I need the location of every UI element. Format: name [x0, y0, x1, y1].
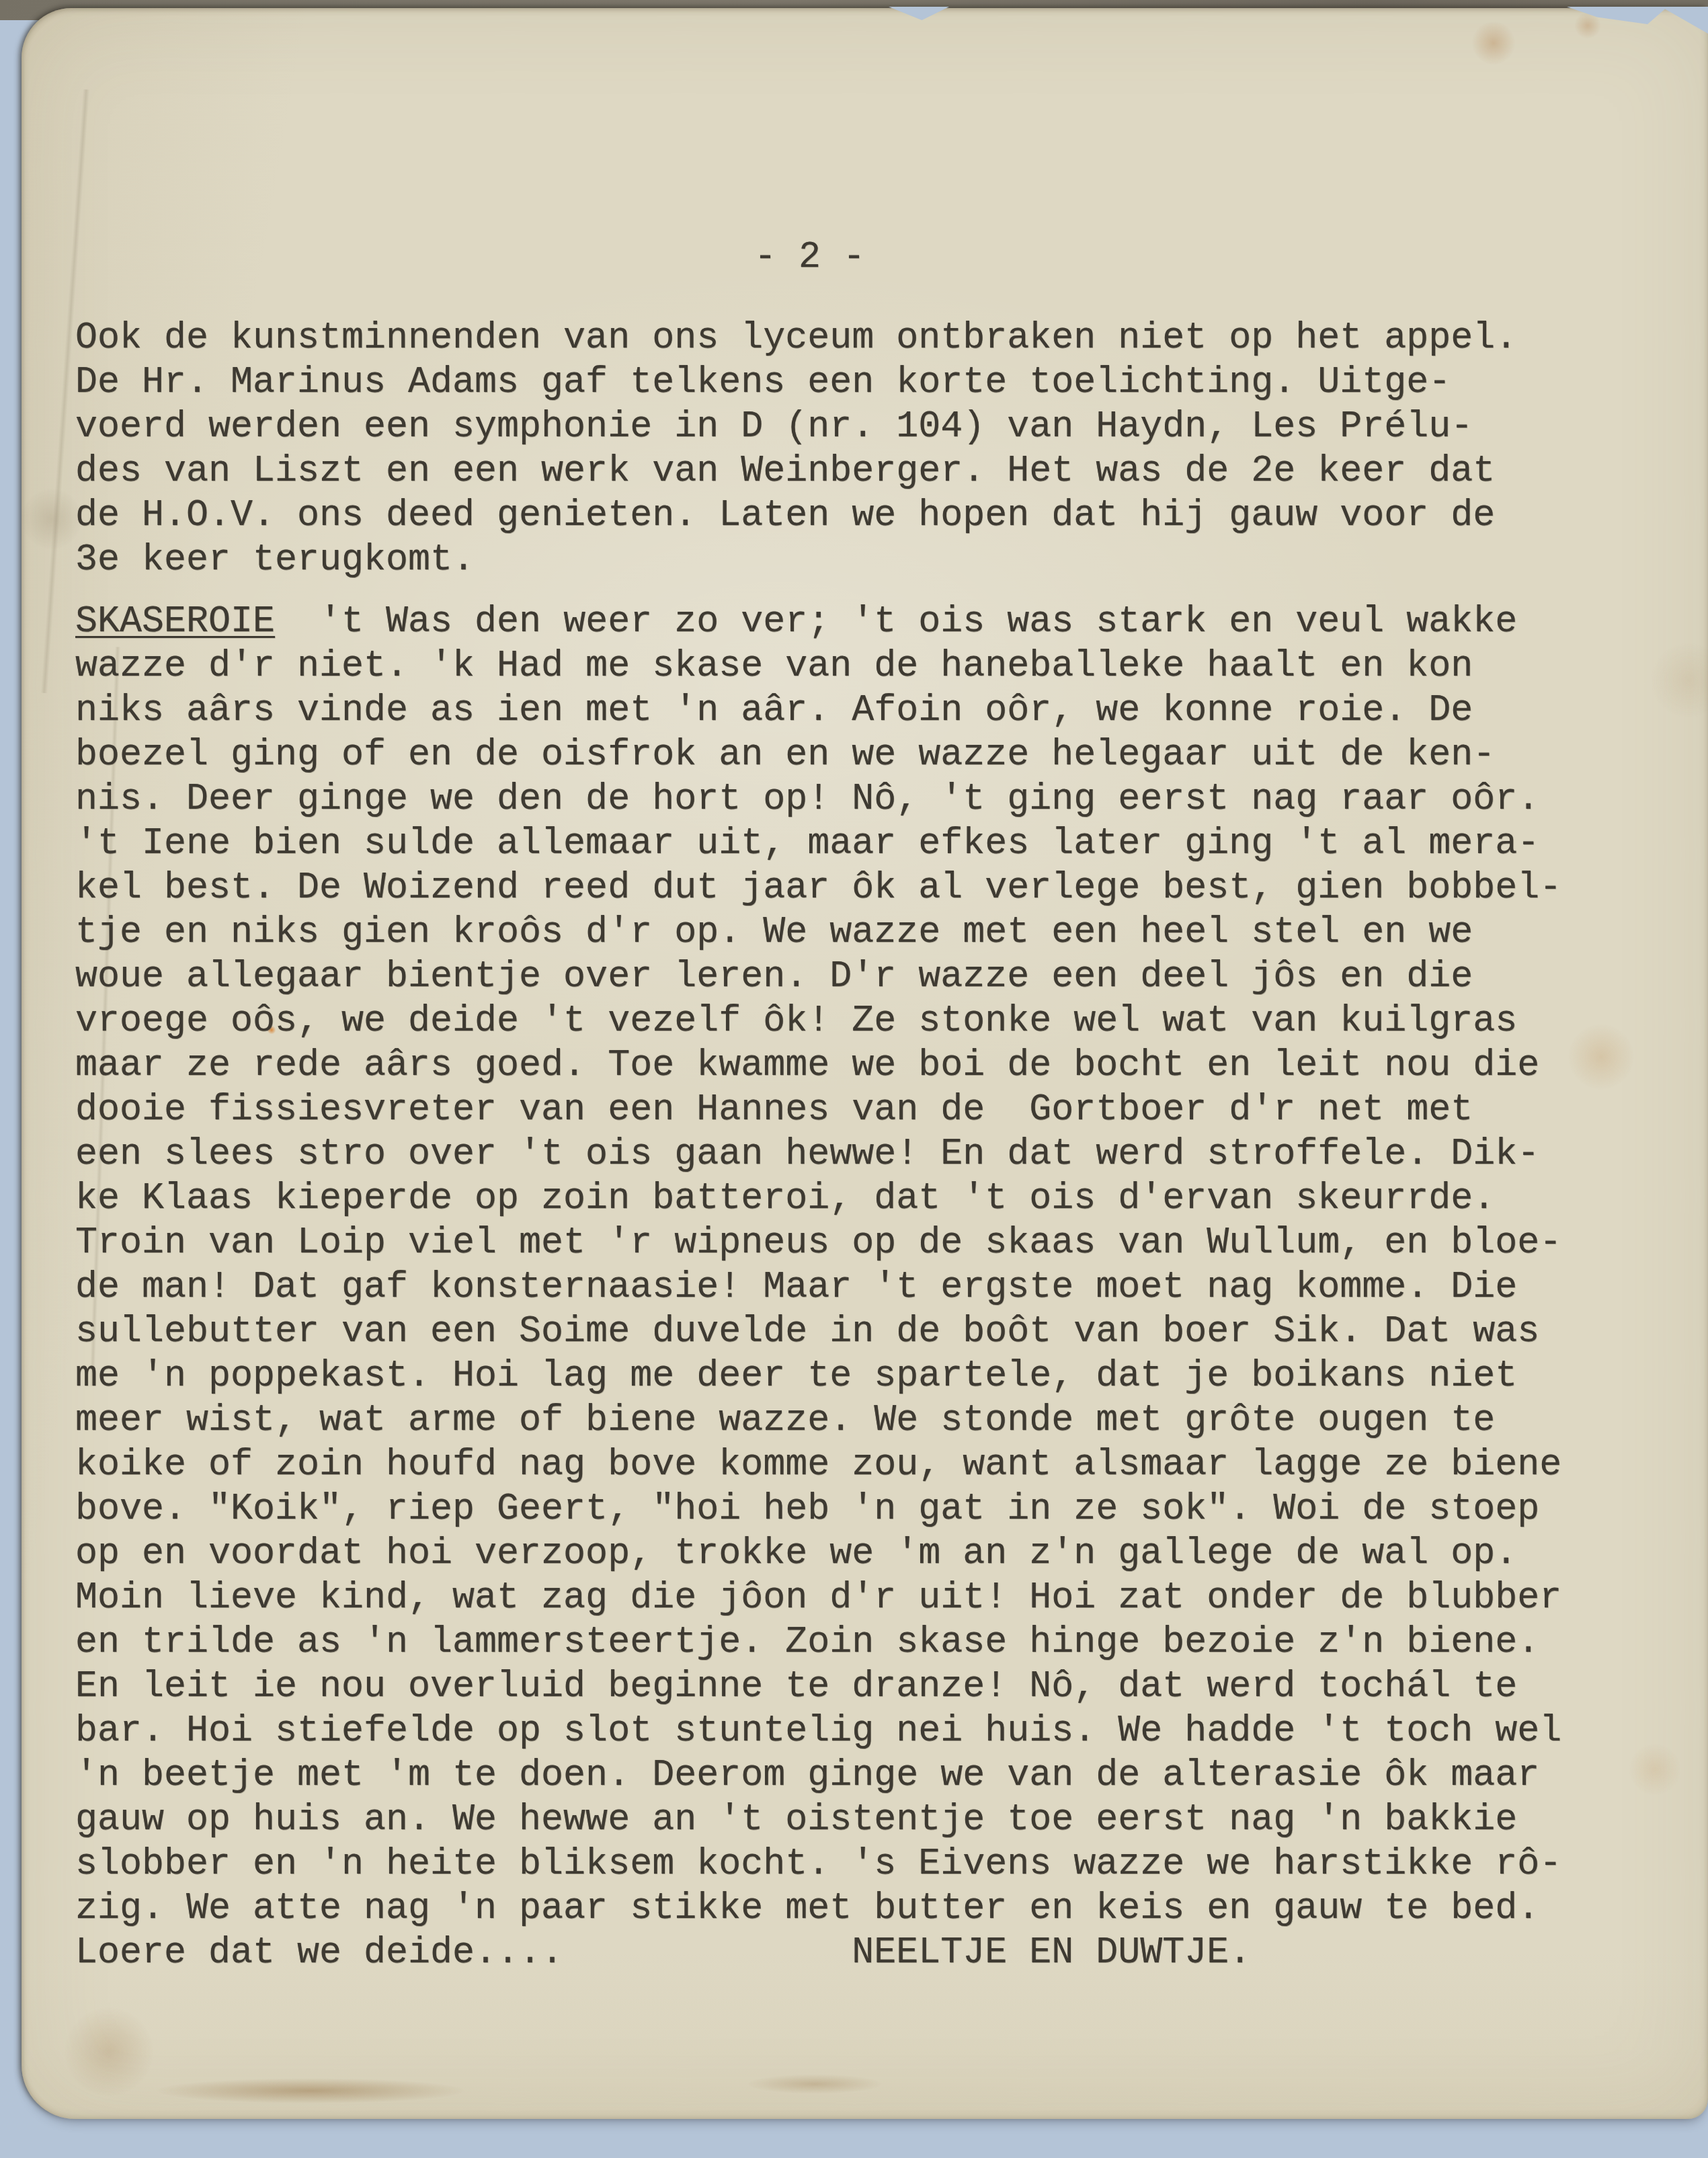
page-number: - 2 - [754, 235, 865, 280]
paper-page: - 2 - Ook de kunstminnenden van ons lyce… [22, 8, 1708, 2119]
scanned-document: { "page": { "number": "- 2 -", "paragrap… [0, 0, 1708, 2158]
torn-edge-notch [1567, 7, 1668, 24]
torn-edge-notch [889, 7, 949, 20]
paragraph-2-heading: SKASEROIE [75, 600, 275, 643]
torn-corner [1661, 7, 1708, 34]
paragraph-2-body: wazze d'r niet. 'k Had me skase van de h… [75, 644, 1561, 1975]
paragraph-2: SKASEROIE 't Was den weer zo ver; 't ois… [75, 600, 1561, 1975]
paragraph-2-first-line: 't Was den weer zo ver; 't ois was stark… [275, 600, 1517, 643]
paragraph-1: Ook de kunstminnenden van ons lyceum ont… [75, 316, 1517, 582]
